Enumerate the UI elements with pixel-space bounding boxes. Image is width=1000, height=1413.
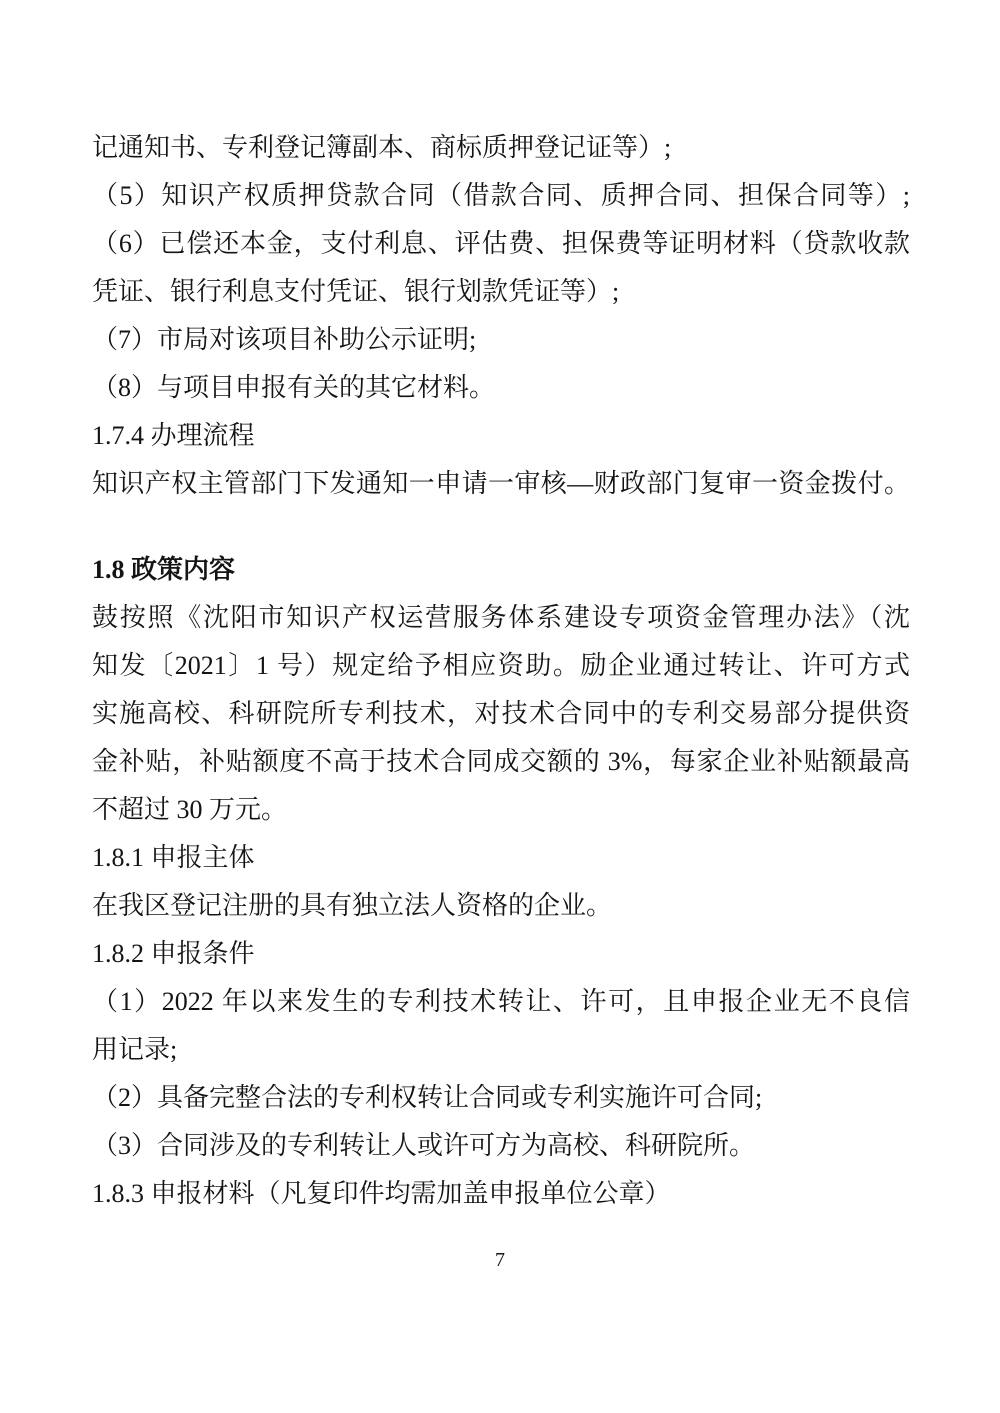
doc-line-item-7: （7）市局对该项目补助公示证明; (92, 316, 910, 364)
doc-line-item-6: （6）已偿还本金，支付利息、评估费、担保费等证明材料（贷款收款 (92, 220, 910, 268)
doc-line-continuation: 记通知书、专利登记簿副本、商标质押登记证等）; (92, 124, 910, 172)
document-body: 记通知书、专利登记簿副本、商标质押登记证等）; （5）知识产权质押贷款合同（借款… (92, 124, 910, 1218)
subsection-heading-1-8-1: 1.8.1 申报主体 (92, 834, 910, 882)
doc-line-condition-3: （3）合同涉及的专利转让人或许可方为高校、科研院所。 (92, 1122, 910, 1170)
doc-line-policy-1: 鼓按照《沈阳市知识产权运营服务体系建设专项资金管理办法》（沈 (92, 594, 910, 642)
doc-line-policy-2: 知发〔2021〕1 号）规定给予相应资助。励企业通过转让、许可方式 (92, 642, 910, 690)
page-number: 7 (0, 1246, 1000, 1274)
doc-line-condition-2: （2）具备完整合法的专利权转让合同或专利实施许可合同; (92, 1074, 910, 1122)
doc-line-process-flow: 知识产权主管部门下发通知一申请一审核—财政部门复审一资金拨付。 (92, 460, 910, 508)
doc-line-policy-5: 不超过 30 万元。 (92, 786, 910, 834)
doc-line-policy-3: 实施高校、科研院所专利技术，对技术合同中的专利交易部分提供资 (92, 690, 910, 738)
doc-line-condition-1-cont: 用记录; (92, 1026, 910, 1074)
doc-line-condition-1: （1）2022 年以来发生的专利技术转让、许可，且申报企业无不良信 (92, 978, 910, 1026)
doc-line-item-6-cont: 凭证、银行利息支付凭证、银行划款凭证等）; (92, 268, 910, 316)
doc-line-applicant: 在我区登记注册的具有独立法人资格的企业。 (92, 882, 910, 930)
blank-line (92, 508, 910, 546)
doc-line-policy-4: 金补贴，补贴额度不高于技术合同成交额的 3%，每家企业补贴额最高 (92, 738, 910, 786)
subsection-heading-1-7-4: 1.7.4 办理流程 (92, 412, 910, 460)
subsection-heading-1-8-2: 1.8.2 申报条件 (92, 930, 910, 978)
document-page: 记通知书、专利登记簿副本、商标质押登记证等）; （5）知识产权质押贷款合同（借款… (0, 0, 1000, 1413)
doc-line-item-5: （5）知识产权质押贷款合同（借款合同、质押合同、担保合同等）; (92, 172, 910, 220)
subsection-heading-1-8-3: 1.8.3 申报材料（凡复印件均需加盖申报单位公章） (92, 1170, 910, 1218)
doc-line-item-8: （8）与项目申报有关的其它材料。 (92, 364, 910, 412)
section-heading-1-8: 1.8 政策内容 (92, 546, 910, 594)
